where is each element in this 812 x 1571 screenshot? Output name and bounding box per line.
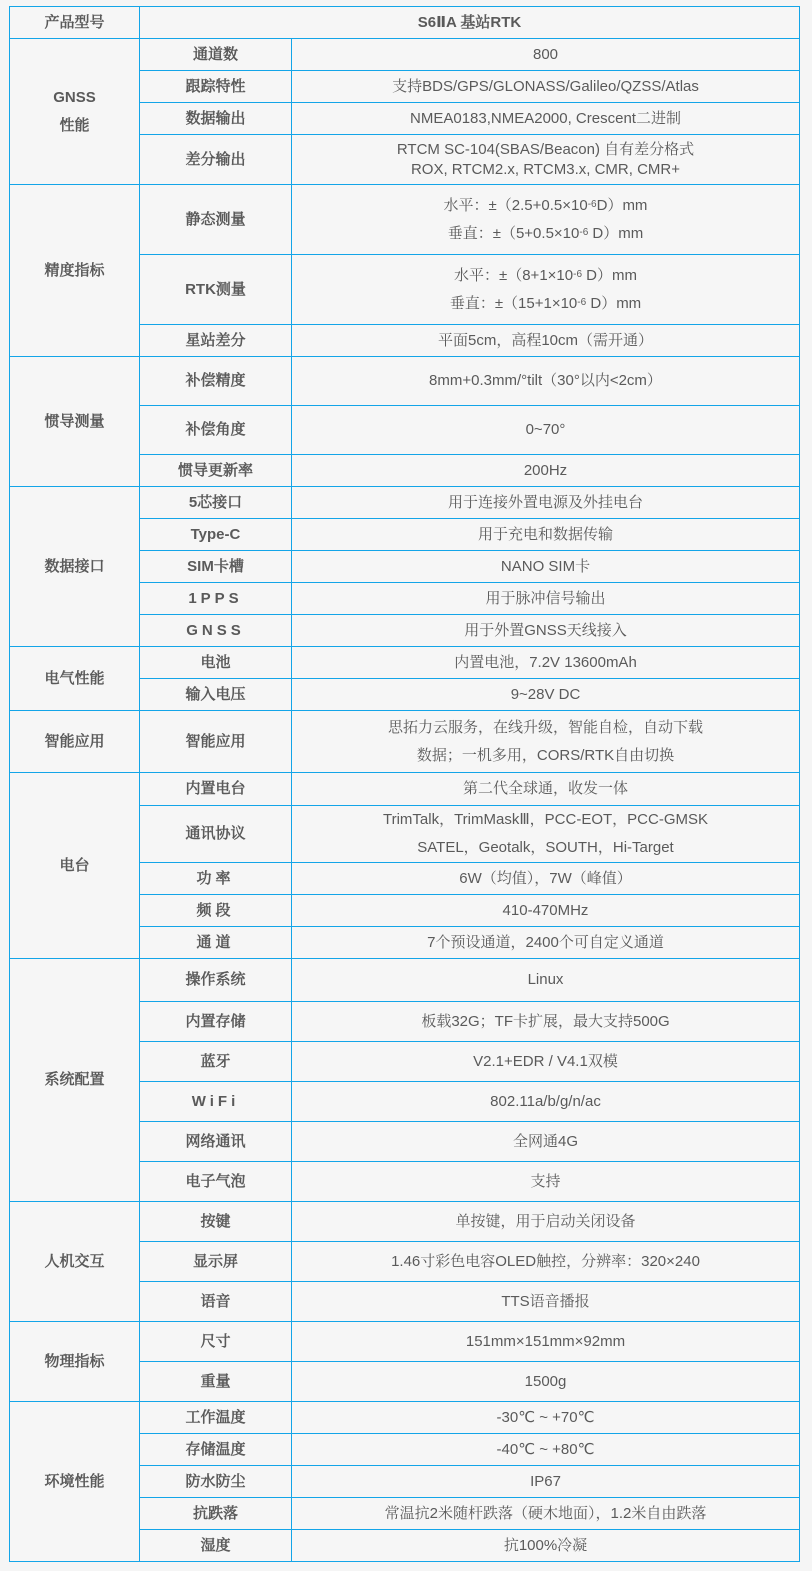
row-label: 功率 bbox=[140, 863, 292, 895]
row-value: 用于脉冲信号输出 bbox=[292, 583, 800, 615]
row-label: 电池 bbox=[140, 647, 292, 679]
category-hmi: 人机交互 bbox=[10, 1202, 140, 1322]
row-value: 思拓力云服务，在线升级，智能自检，自动下载 数据；一机多用，CORS/RTK自由… bbox=[292, 711, 800, 773]
row-label: 抗跌落 bbox=[140, 1498, 292, 1530]
row-value: IP67 bbox=[292, 1466, 800, 1498]
row-label: 湿度 bbox=[140, 1530, 292, 1562]
value-line: 思拓力云服务，在线升级，智能自检，自动下载 bbox=[296, 718, 795, 738]
row-label: WiFi bbox=[140, 1082, 292, 1122]
value-line: 数据；一机多用，CORS/RTK自由切换 bbox=[296, 746, 795, 766]
product-model-label: 产品型号 bbox=[10, 7, 140, 39]
table-row: 人机交互 按键 单按键，用于启动关闭设备 bbox=[10, 1202, 800, 1242]
row-value: Linux bbox=[292, 959, 800, 1002]
row-value: 1500g bbox=[292, 1362, 800, 1402]
value-line: 垂直：±（5+0.5×10-6 D）mm bbox=[296, 224, 795, 244]
row-value: 6W（均值），7W（峰值） bbox=[292, 863, 800, 895]
row-label: 跟踪特性 bbox=[140, 71, 292, 103]
table-row: 系统配置 操作系统 Linux bbox=[10, 959, 800, 1002]
row-label: 工作温度 bbox=[140, 1402, 292, 1434]
row-value: 410-470MHz bbox=[292, 895, 800, 927]
category-environment: 环境性能 bbox=[10, 1402, 140, 1562]
row-value: V2.1+EDR / V4.1双模 bbox=[292, 1042, 800, 1082]
row-label: 显示屏 bbox=[140, 1242, 292, 1282]
row-value: 常温抗2米随杆跌落（硬木地面），1.2米自由跌落 bbox=[292, 1498, 800, 1530]
value-line: SATEL，Geotalk，SOUTH，Hi-Target bbox=[296, 838, 795, 858]
spec-table: 产品型号 S6ⅡA 基站RTK GNSS 性能 通道数 800 跟踪特性 支持B… bbox=[9, 6, 800, 1562]
row-value: 全网通4G bbox=[292, 1122, 800, 1162]
value-line: TrimTalk，TrimMaskⅢ，PCC-EOT，PCC-GMSK bbox=[296, 810, 795, 830]
table-row: 物理指标 尺寸 151mm×151mm×92mm bbox=[10, 1322, 800, 1362]
category-gnss: GNSS 性能 bbox=[10, 39, 140, 185]
row-label: 防水防尘 bbox=[140, 1466, 292, 1498]
row-value: 单按键，用于启动关闭设备 bbox=[292, 1202, 800, 1242]
row-value: TTS语音播报 bbox=[292, 1282, 800, 1322]
table-row: 智能应用 智能应用 思拓力云服务，在线升级，智能自检，自动下载 数据；一机多用，… bbox=[10, 711, 800, 773]
row-label: 频段 bbox=[140, 895, 292, 927]
row-value: 第二代全球通，收发一体 bbox=[292, 773, 800, 806]
row-label: 补偿精度 bbox=[140, 357, 292, 406]
row-value: -40℃ ~ +80℃ bbox=[292, 1434, 800, 1466]
row-value: RTCM SC-104(SBAS/Beacon) 自有差分格式 ROX, RTC… bbox=[292, 135, 800, 185]
row-value: 水平：±（8+1×10-6 D）mm 垂直：±（15+1×10-6 D）mm bbox=[292, 255, 800, 325]
row-value: TrimTalk，TrimMaskⅢ，PCC-EOT，PCC-GMSK SATE… bbox=[292, 806, 800, 863]
table-row: 电台 内置电台 第二代全球通，收发一体 bbox=[10, 773, 800, 806]
row-label: 差分输出 bbox=[140, 135, 292, 185]
row-value: NMEA0183,NMEA2000, Crescent二进制 bbox=[292, 103, 800, 135]
row-label: 智能应用 bbox=[140, 711, 292, 773]
row-label: 网络通讯 bbox=[140, 1122, 292, 1162]
row-label: GNSS bbox=[140, 615, 292, 647]
row-label: 通道 bbox=[140, 927, 292, 959]
category-imu: 惯导测量 bbox=[10, 357, 140, 487]
row-label: 存储温度 bbox=[140, 1434, 292, 1466]
row-label: 通讯协议 bbox=[140, 806, 292, 863]
row-value: 支持 bbox=[292, 1162, 800, 1202]
category-data-interface: 数据接口 bbox=[10, 487, 140, 647]
row-label: 输入电压 bbox=[140, 679, 292, 711]
product-model-value: S6ⅡA 基站RTK bbox=[140, 7, 800, 39]
row-label: 5芯接口 bbox=[140, 487, 292, 519]
row-value: 200Hz bbox=[292, 455, 800, 487]
category-smart-app: 智能应用 bbox=[10, 711, 140, 773]
category-physical: 物理指标 bbox=[10, 1322, 140, 1402]
table-row: 精度指标 静态测量 水平：±（2.5+0.5×10-6D）mm 垂直：±（5+0… bbox=[10, 185, 800, 255]
row-label: 星站差分 bbox=[140, 325, 292, 357]
row-label: 重量 bbox=[140, 1362, 292, 1402]
row-label: 1PPS bbox=[140, 583, 292, 615]
row-value: 用于充电和数据传输 bbox=[292, 519, 800, 551]
row-label: 操作系统 bbox=[140, 959, 292, 1002]
table-row: 电气性能 电池 内置电池，7.2V 13600mAh bbox=[10, 647, 800, 679]
row-value: 用于外置GNSS天线接入 bbox=[292, 615, 800, 647]
row-value: 1.46寸彩色电容OLED触控，分辨率：320×240 bbox=[292, 1242, 800, 1282]
table-row: 环境性能 工作温度 -30℃ ~ +70℃ bbox=[10, 1402, 800, 1434]
row-label: 语音 bbox=[140, 1282, 292, 1322]
row-label: RTK测量 bbox=[140, 255, 292, 325]
row-value: 用于连接外置电源及外挂电台 bbox=[292, 487, 800, 519]
category-radio: 电台 bbox=[10, 773, 140, 959]
category-label: GNSS bbox=[14, 88, 135, 108]
row-value: 800 bbox=[292, 39, 800, 71]
category-system: 系统配置 bbox=[10, 959, 140, 1202]
row-value: NANO SIM卡 bbox=[292, 551, 800, 583]
row-label: 蓝牙 bbox=[140, 1042, 292, 1082]
row-label: 数据输出 bbox=[140, 103, 292, 135]
row-label: 惯导更新率 bbox=[140, 455, 292, 487]
row-value: 151mm×151mm×92mm bbox=[292, 1322, 800, 1362]
category-precision: 精度指标 bbox=[10, 185, 140, 357]
row-value: 板载32G；TF卡扩展，最大支持500G bbox=[292, 1002, 800, 1042]
row-value: 802.11a/b/g/n/ac bbox=[292, 1082, 800, 1122]
table-row: 惯导测量 补偿精度 8mm+0.3mm/°tilt（30°以内<2cm） bbox=[10, 357, 800, 406]
row-value: 平面5cm，高程10cm（需开通） bbox=[292, 325, 800, 357]
row-value: 支持BDS/GPS/GLONASS/Galileo/QZSS/Atlas bbox=[292, 71, 800, 103]
row-value: 抗100%冷凝 bbox=[292, 1530, 800, 1562]
row-value: 9~28V DC bbox=[292, 679, 800, 711]
row-label: 按键 bbox=[140, 1202, 292, 1242]
value-line: 垂直：±（15+1×10-6 D）mm bbox=[296, 294, 795, 314]
row-value: 水平：±（2.5+0.5×10-6D）mm 垂直：±（5+0.5×10-6 D）… bbox=[292, 185, 800, 255]
table-row: GNSS 性能 通道数 800 bbox=[10, 39, 800, 71]
row-label: 补偿角度 bbox=[140, 406, 292, 455]
value-line: 水平：±（8+1×10-6 D）mm bbox=[296, 266, 795, 286]
value-line: RTCM SC-104(SBAS/Beacon) 自有差分格式 bbox=[296, 140, 795, 160]
header-row: 产品型号 S6ⅡA 基站RTK bbox=[10, 7, 800, 39]
row-value: 8mm+0.3mm/°tilt（30°以内<2cm） bbox=[292, 357, 800, 406]
row-value: -30℃ ~ +70℃ bbox=[292, 1402, 800, 1434]
row-label: 内置存储 bbox=[140, 1002, 292, 1042]
row-label: SIM卡槽 bbox=[140, 551, 292, 583]
row-label: 内置电台 bbox=[140, 773, 292, 806]
row-label: 静态测量 bbox=[140, 185, 292, 255]
row-label: 电子气泡 bbox=[140, 1162, 292, 1202]
value-line: 水平：±（2.5+0.5×10-6D）mm bbox=[296, 196, 795, 216]
value-line: ROX, RTCM2.x, RTCM3.x, CMR, CMR+ bbox=[296, 160, 795, 180]
row-label: 通道数 bbox=[140, 39, 292, 71]
category-label: 性能 bbox=[14, 116, 135, 136]
row-value: 内置电池，7.2V 13600mAh bbox=[292, 647, 800, 679]
row-value: 0~70° bbox=[292, 406, 800, 455]
row-label: 尺寸 bbox=[140, 1322, 292, 1362]
category-electrical: 电气性能 bbox=[10, 647, 140, 711]
row-label: Type-C bbox=[140, 519, 292, 551]
table-row: 数据接口 5芯接口 用于连接外置电源及外挂电台 bbox=[10, 487, 800, 519]
row-value: 7个预设通道，2400个可自定义通道 bbox=[292, 927, 800, 959]
